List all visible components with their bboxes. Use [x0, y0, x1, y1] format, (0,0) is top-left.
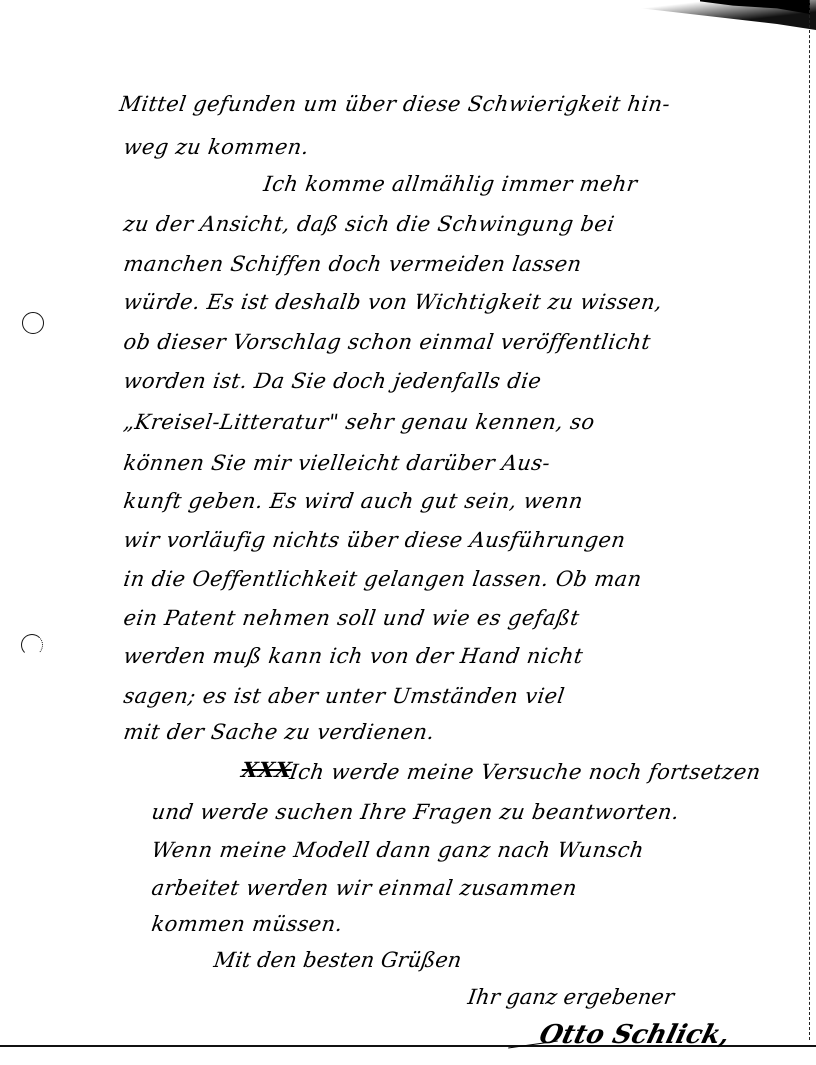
text-line: würde. Es ist deshalb von Wichtigkeit zu…: [122, 290, 664, 314]
text-line: in die Oeffentlichkeit gelangen lassen. …: [122, 567, 643, 591]
text-line: wir vorläufig nichts über diese Ausführu…: [122, 528, 627, 552]
text-line: Wenn meine Modell dann ganz nach Wunsch: [150, 838, 646, 862]
text-line: sagen; es ist aber unter Umständen viel: [122, 684, 566, 708]
text-line: ein Patent nehmen soll und wie es gefaßt: [122, 606, 581, 630]
text-line: mit der Sache zu verdienen.: [122, 720, 436, 744]
letter-page: Mittel gefunden um über diese Schwierigk…: [0, 0, 816, 1065]
punch-hole-bottom: [21, 634, 43, 656]
text-line: und werde suchen Ihre Fragen zu beantwor…: [150, 800, 681, 824]
text-line: kommen müssen.: [150, 912, 344, 936]
text-line: Ich werde meine Versuche noch fortsetzen: [288, 760, 762, 784]
text-line: zu der Ansicht, daß sich die Schwingung …: [122, 212, 616, 236]
signature: Otto Schlick,: [536, 1020, 733, 1050]
text-line: Mittel gefunden um über diese Schwierigk…: [118, 92, 672, 116]
text-line: weg zu kommen.: [122, 135, 311, 159]
text-line: worden ist. Da Sie doch jedenfalls die: [122, 369, 543, 393]
text-line: ob dieser Vorschlag schon einmal veröffe…: [122, 330, 652, 354]
closing-greeting: Mit den besten Grüßen: [212, 948, 463, 972]
page-right-edge: [809, 0, 810, 1040]
struck-out-mark: XXX: [240, 757, 294, 782]
text-line: arbeitet werden wir einmal zusammen: [150, 876, 579, 900]
text-line: werden muß kann ich von der Hand nicht: [122, 644, 585, 668]
closing-valediction: Ihr ganz ergebener: [466, 985, 675, 1009]
text-line: manchen Schiffen doch vermeiden lassen: [122, 252, 583, 276]
punch-hole-top: [22, 312, 44, 334]
text-line: Ich komme allmählig immer mehr: [262, 172, 639, 196]
text-line: können Sie mir vielleicht darüber Aus-: [122, 451, 552, 475]
text-line: kunft geben. Es wird auch gut sein, wenn: [122, 489, 585, 513]
text-line: „Kreisel-Litteratur" sehr genau kennen, …: [122, 410, 596, 434]
